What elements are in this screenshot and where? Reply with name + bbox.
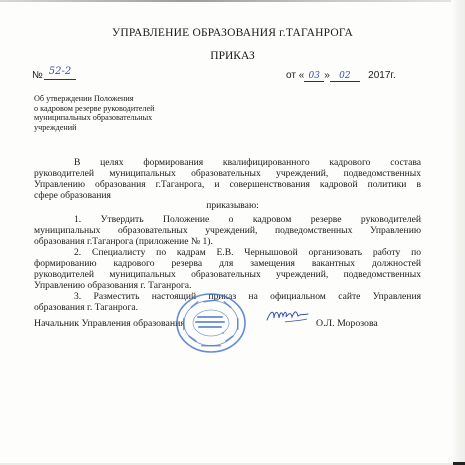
order-item-1: 1. Утвердить Положение о кадровом резерв… — [34, 214, 421, 247]
organization-header: УПРАВЛЕНИЕ ОБРАЗОВАНИЯ г.ТАГАНРОГА — [0, 27, 465, 39]
date-prefix: от « — [286, 70, 304, 81]
order-date: от «03»02 2017г. — [286, 70, 396, 82]
item-line: муниципальных образовательных учреждений… — [34, 225, 421, 236]
subject-line: муниципальных образовательных — [34, 113, 194, 123]
item-line: образования г.Таганрога (приложение № 1)… — [34, 236, 421, 247]
date-year: 2017г. — [368, 70, 395, 81]
order-subject: Об утверждении Положения о кадровом резе… — [34, 94, 194, 132]
preamble-paragraph: В целях формирования квалифицированного … — [34, 157, 421, 201]
item-line: руководителей муниципальных образователь… — [34, 269, 421, 280]
preamble-line: руководителей муниципальных образователь… — [34, 168, 421, 179]
order-item-2: 2. Специалисту по кадрам Е.В. Чернышовой… — [34, 247, 421, 291]
subject-line: учреждений — [34, 123, 194, 133]
signatory-name: О.Л. Морозова — [316, 318, 378, 329]
handwritten-signature-icon — [265, 306, 310, 326]
item-line: 2. Специалисту по кадрам Е.В. Чернышовой… — [34, 247, 421, 258]
item-line: формированию кадрового резерва для замещ… — [34, 258, 421, 269]
signatory-position: Начальник Управления образования — [34, 318, 185, 329]
document-page: УПРАВЛЕНИЕ ОБРАЗОВАНИЯ г.ТАГАНРОГА ПРИКА… — [0, 0, 465, 465]
subject-line: о кадровом резерве руководителей — [34, 104, 194, 114]
document-title: ПРИКАЗ — [0, 50, 465, 62]
item-line: Управлению образования г. Таганрога. — [34, 280, 421, 291]
subject-line: Об утверждении Положения — [34, 94, 194, 104]
order-number-label: № — [32, 70, 43, 81]
scan-right-edge — [451, 0, 465, 465]
preamble-line: В целях формирования квалифицированного … — [34, 157, 421, 168]
scan-top-edge — [0, 0, 465, 2]
official-stamp-icon — [175, 292, 247, 354]
order-directive: приказываю: — [0, 200, 465, 211]
order-number-handwritten: 52-2 — [44, 66, 76, 80]
date-day-handwritten: 03 — [304, 71, 324, 82]
item-line: 1. Утвердить Положение о кадровом резерв… — [34, 214, 421, 225]
preamble-line: Управлению образования г.Таганрога, и со… — [34, 179, 421, 190]
date-month-handwritten: 02 — [330, 71, 360, 82]
